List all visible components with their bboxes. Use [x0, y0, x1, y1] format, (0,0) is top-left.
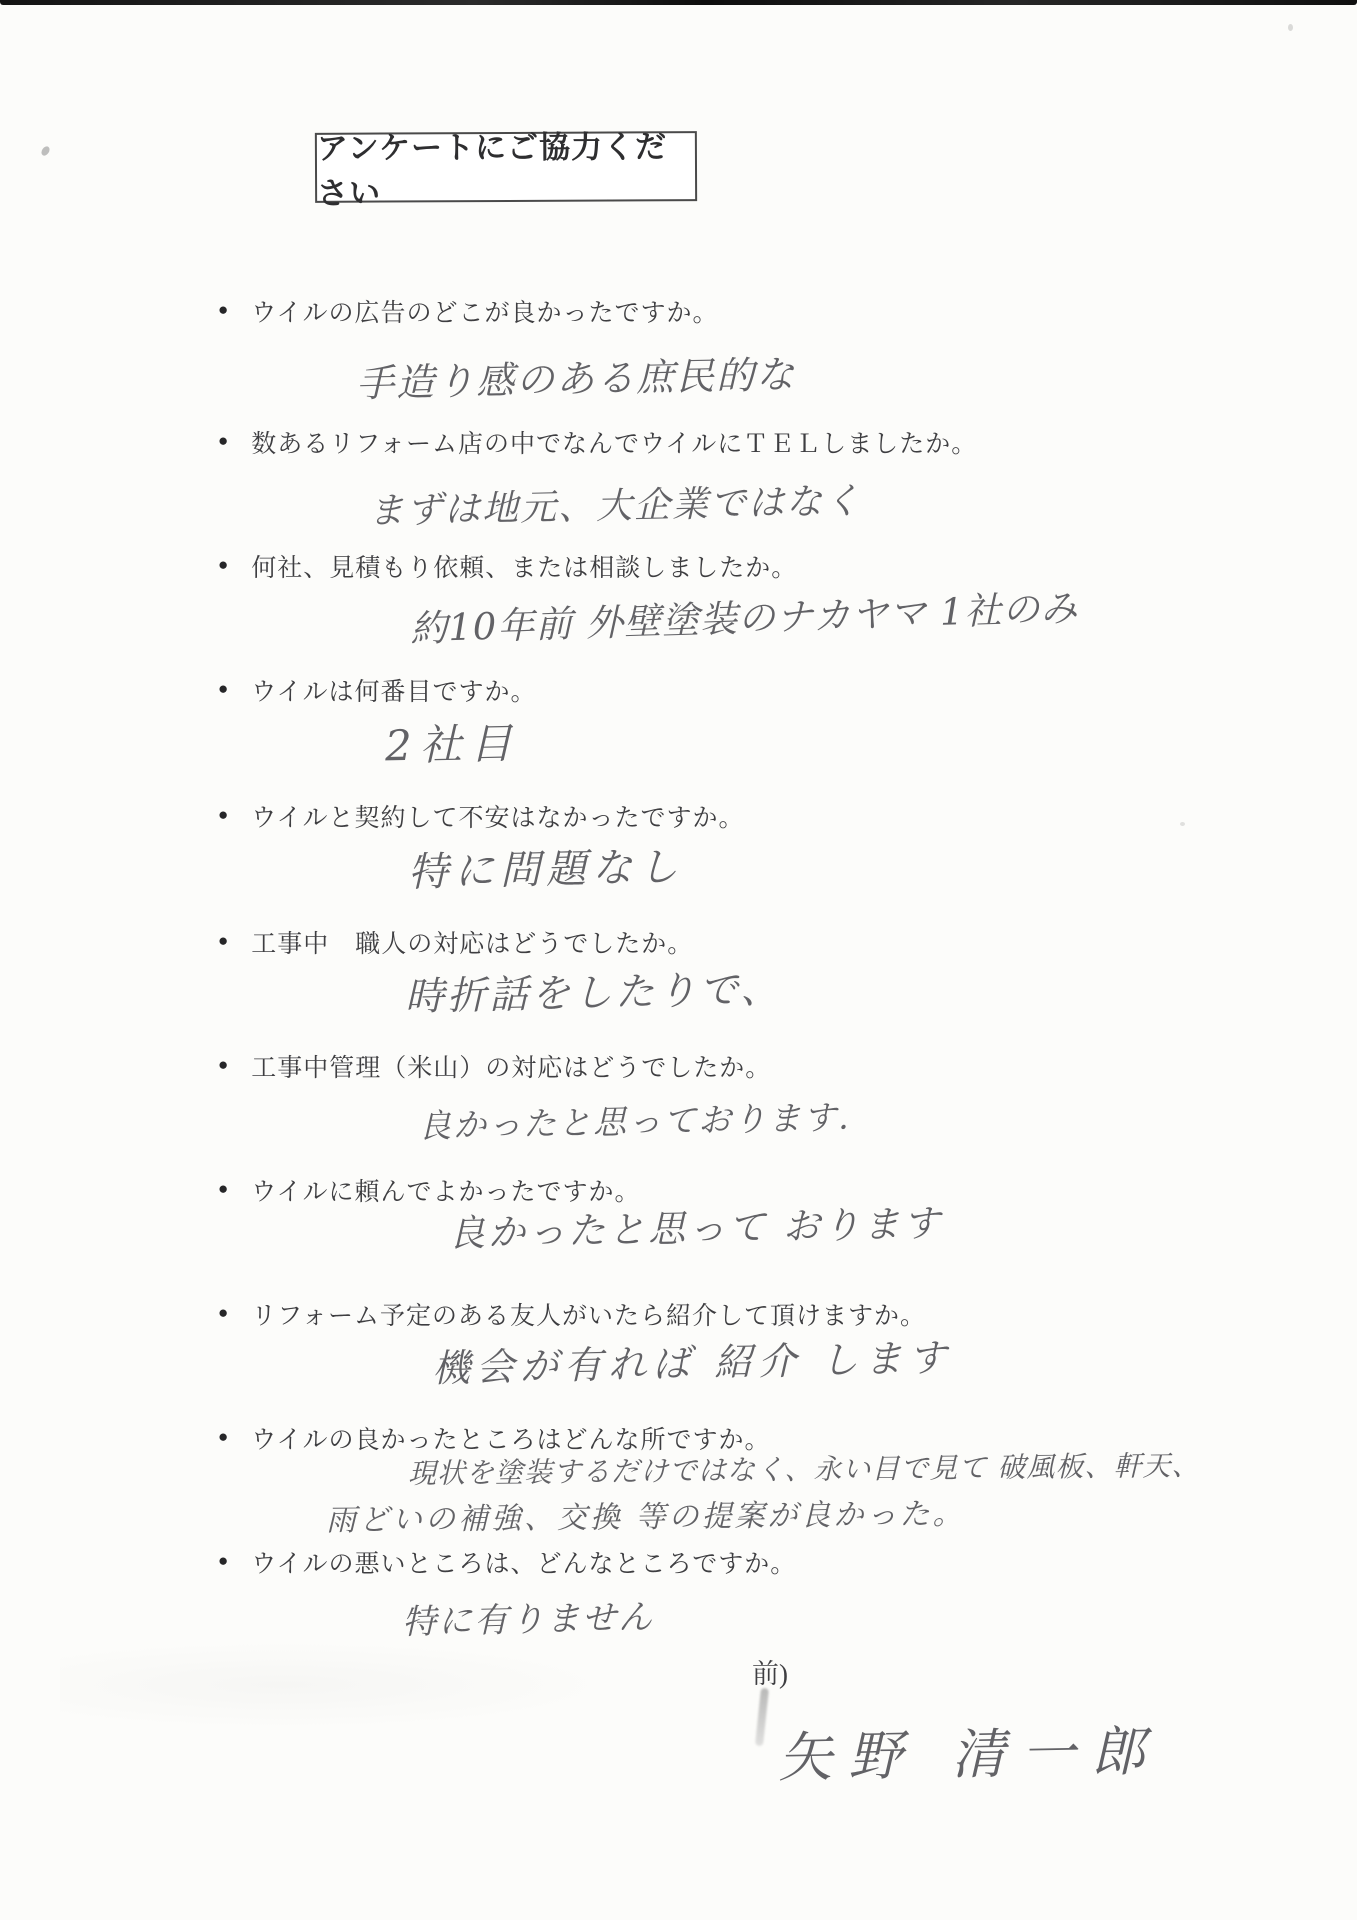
handwritten-answer: 特に問題なし	[407, 835, 684, 898]
scan-edge-artifact	[0, 0, 1357, 5]
question-text: 工事中管理（米山）の対応はどうでしたか。	[251, 1048, 771, 1084]
question-text: ウイルと契約して不安はなかったですか。	[251, 798, 744, 834]
question-row: ● ウイルは何番目ですか。	[218, 672, 537, 708]
question-row: ● ウイルの悪いところは、どんなところですか。	[218, 1544, 796, 1580]
handwritten-answer: 2社目	[384, 711, 520, 774]
question-text: リフォーム予定のある友人がいたら紹介して頂けますか。	[251, 1296, 926, 1332]
handwritten-answer: 良かったと思って おります	[447, 1193, 943, 1257]
handwritten-answer: 良かったと思っております.	[418, 1091, 851, 1147]
question-text: 何社、見積もり依頼、または相談しましたか。	[251, 548, 797, 584]
handwritten-signature: 矢野 清一郎	[777, 1709, 1161, 1793]
handwritten-answer: 手造り感のある庶民的な	[355, 343, 796, 407]
scan-speck	[1180, 822, 1185, 826]
bullet-icon: ●	[218, 1422, 229, 1452]
question-row: ● リフォーム予定のある友人がいたら紹介して頂けますか。	[218, 1296, 926, 1332]
question-row: ● 数あるリフォーム店の中でなんでウイルにＴＥＬしましたか。	[218, 424, 977, 460]
handwritten-answer: 時折話をしたりで、	[404, 958, 782, 1022]
question-row: ● 工事中管理（米山）の対応はどうでしたか。	[218, 1048, 771, 1084]
handwritten-answer-line2: 雨どいの補強、交換 等の提案が良かった。	[326, 1489, 966, 1540]
name-field-label: 前)	[752, 1652, 788, 1691]
bullet-icon: ●	[218, 1174, 229, 1204]
handwritten-answer: 約10年前 外壁塗装のナカヤマ 1社のみ	[409, 578, 1079, 653]
bullet-icon: ●	[218, 295, 229, 325]
bullet-icon: ●	[218, 926, 229, 956]
bullet-icon: ●	[218, 800, 229, 830]
question-row: ● 何社、見積もり依頼、または相談しましたか。	[218, 548, 797, 584]
scan-speck	[1288, 24, 1293, 31]
question-text: ウイルは何番目ですか。	[251, 672, 536, 708]
scanned-survey-page: アンケートにご協力ください ● ウイルの広告のどこが良かったですか。 手造り感の…	[0, 0, 1357, 1920]
scan-speck	[40, 145, 51, 157]
question-row: ● ウイルの広告のどこが良かったですか。	[218, 293, 719, 329]
bullet-icon: ●	[218, 1050, 229, 1080]
bullet-icon: ●	[218, 1298, 229, 1328]
bullet-icon: ●	[218, 550, 229, 580]
handwritten-answer: 機会が有れば 紹介 します	[431, 1327, 952, 1393]
bullet-icon: ●	[218, 426, 229, 456]
question-text: ウイルの悪いところは、どんなところですか。	[251, 1544, 796, 1580]
handwritten-answer: 特に有りません	[402, 1589, 655, 1643]
question-text: ウイルの広告のどこが良かったですか。	[251, 293, 718, 329]
question-row: ● ウイルと契約して不安はなかったですか。	[218, 798, 745, 834]
question-row: ● 工事中 職人の対応はどうでしたか。	[218, 924, 693, 960]
ink-smudge	[755, 1688, 769, 1747]
bullet-icon: ●	[218, 1546, 229, 1576]
question-text: 工事中 職人の対応はどうでしたか。	[251, 924, 693, 960]
handwritten-answer: 現状を塗装するだけではなく、永い目で見て 破風板、軒天、	[408, 1444, 1201, 1492]
scan-smudge	[60, 1640, 620, 1730]
handwritten-answer: まずは地元、大企業ではなく	[368, 473, 863, 534]
survey-title: アンケートにご協力ください	[315, 131, 697, 203]
bullet-icon: ●	[218, 674, 229, 704]
question-text: 数あるリフォーム店の中でなんでウイルにＴＥＬしましたか。	[251, 424, 977, 460]
